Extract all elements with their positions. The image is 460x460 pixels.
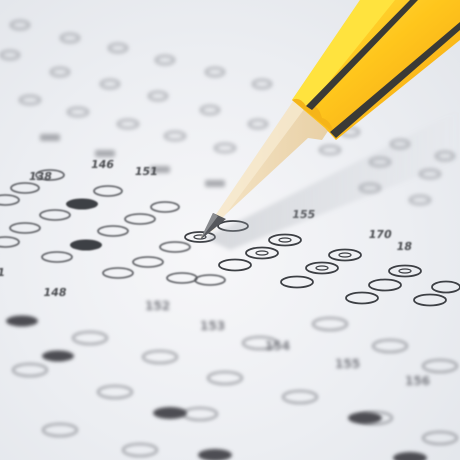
svg-text:156: 156 xyxy=(405,374,430,388)
svg-text:170: 170 xyxy=(368,228,394,241)
svg-text:153: 153 xyxy=(200,319,225,333)
svg-text:148: 148 xyxy=(42,286,68,299)
svg-text:138: 138 xyxy=(28,170,54,183)
svg-text:146: 146 xyxy=(90,158,116,171)
svg-text:151: 151 xyxy=(134,165,159,178)
svg-text:18: 18 xyxy=(395,240,413,253)
svg-text:155: 155 xyxy=(335,357,360,371)
answer-sheet-photo: 155 170 18 138 146 151 141 148 15215315 xyxy=(0,0,460,460)
svg-text:154: 154 xyxy=(265,339,290,353)
svg-text:141: 141 xyxy=(0,266,6,279)
bubble-rows-mid xyxy=(0,170,225,285)
svg-text:152: 152 xyxy=(145,299,170,313)
answer-sheet-illustration: 155 170 18 138 146 151 141 148 15215315 xyxy=(0,0,460,460)
bubble-rows-bottom xyxy=(13,318,457,456)
